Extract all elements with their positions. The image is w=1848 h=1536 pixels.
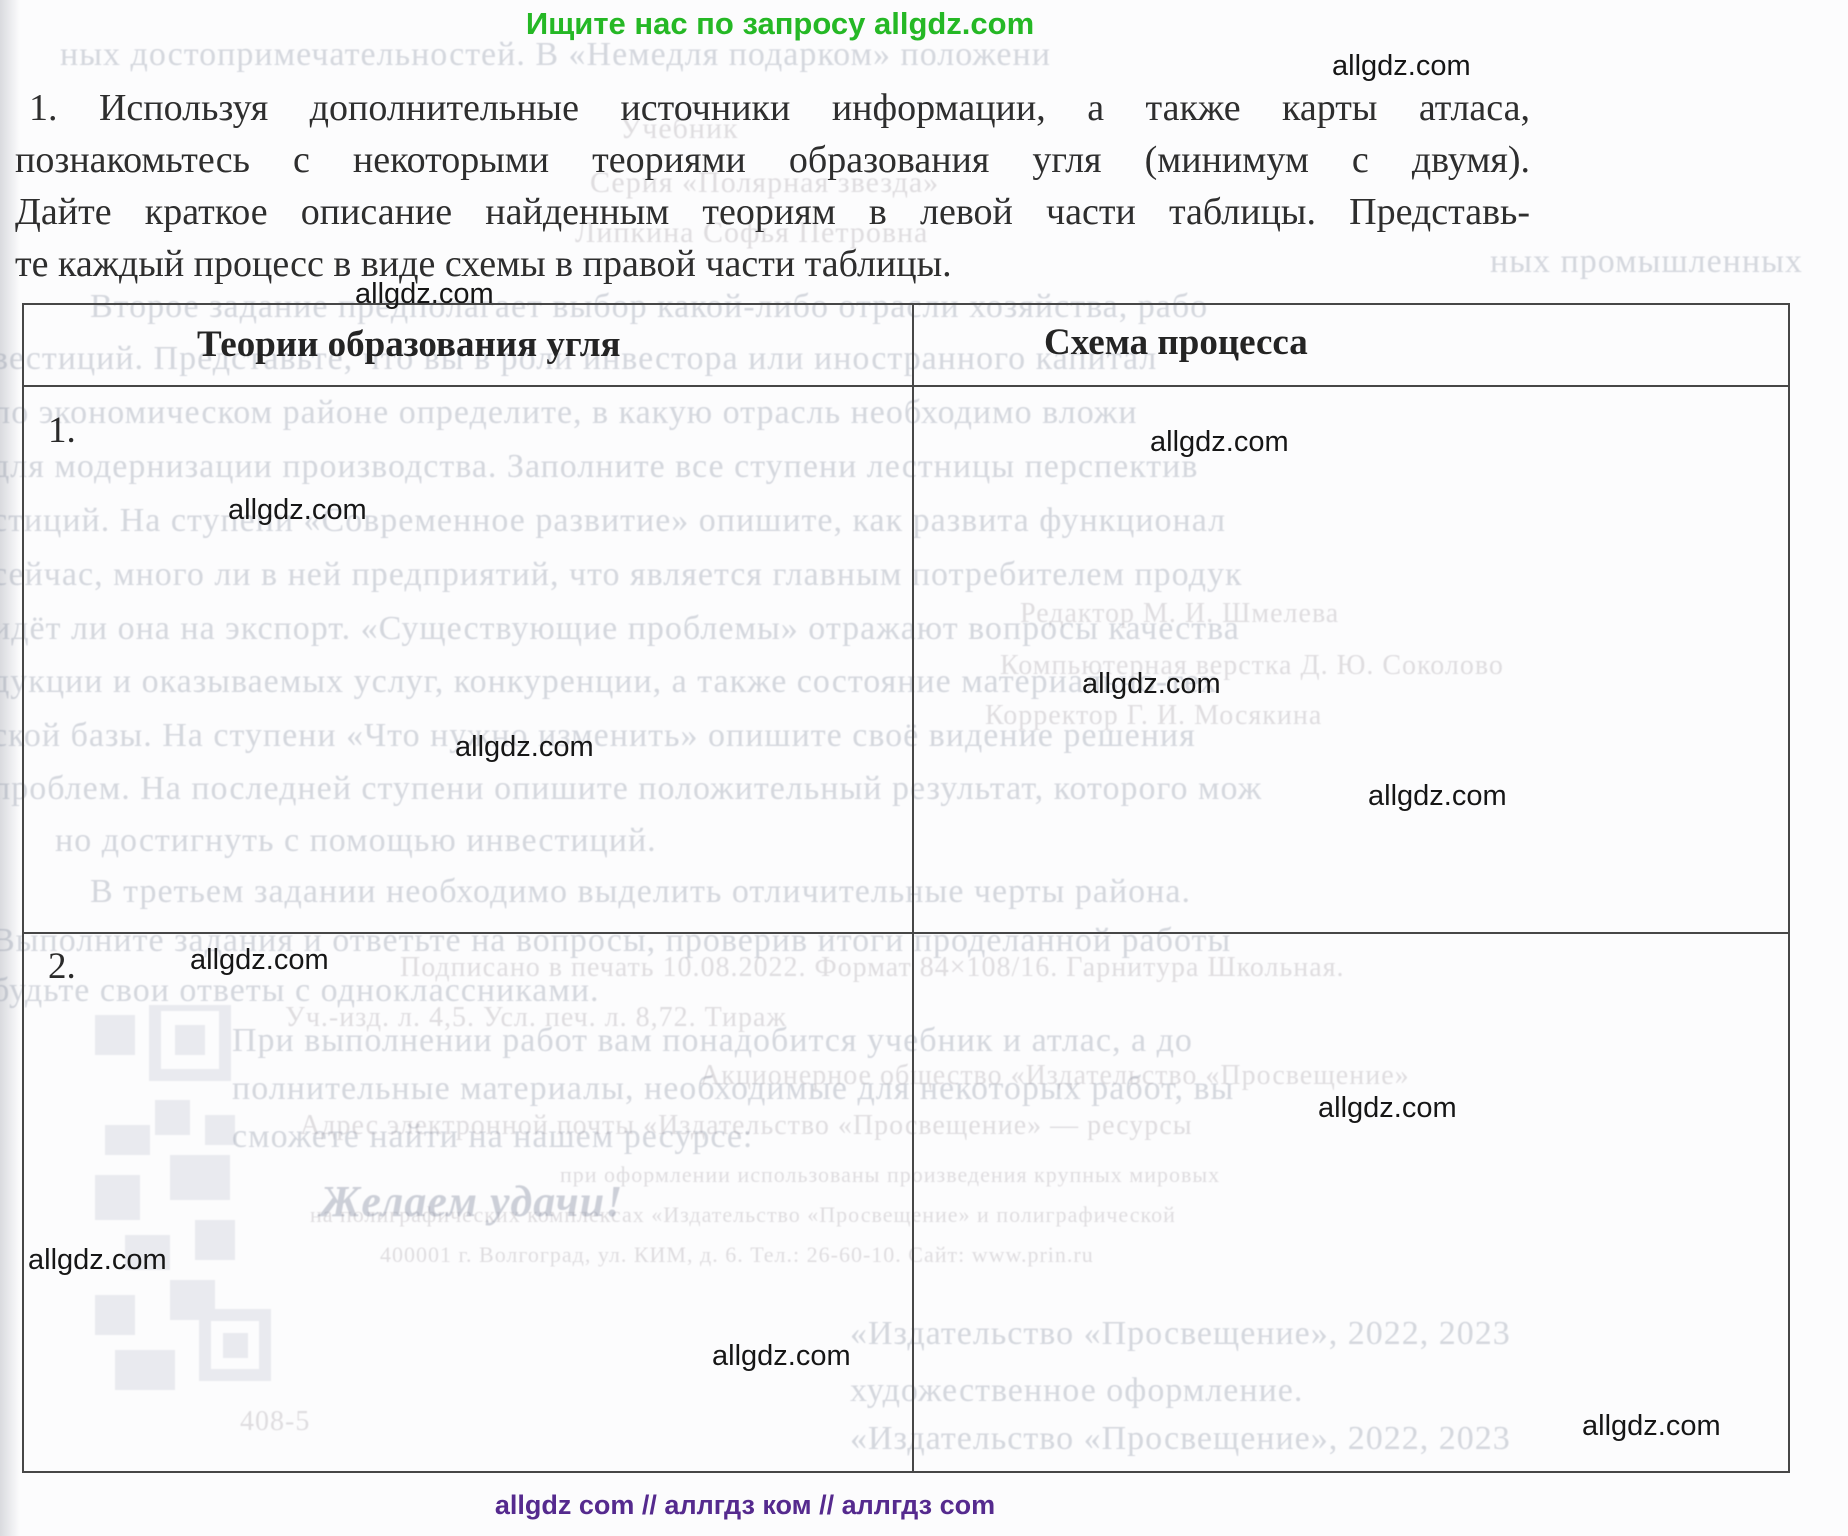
watermark-allgdz: allgdz.com bbox=[28, 1244, 167, 1277]
table-row-divider bbox=[24, 932, 1788, 934]
watermark-allgdz: allgdz.com bbox=[1082, 668, 1221, 701]
watermark-allgdz: allgdz.com bbox=[1582, 1410, 1721, 1443]
watermark-allgdz: allgdz.com bbox=[190, 944, 329, 977]
task-text: 1. Используя дополнительные источники ин… bbox=[15, 82, 1530, 290]
answers-table: Теории образования угля Схема процесса 1… bbox=[22, 303, 1790, 1473]
watermark-allgdz: allgdz.com bbox=[1318, 1092, 1457, 1125]
watermark-allgdz: allgdz.com bbox=[1332, 50, 1471, 83]
task-line-4: те каждый процесс в виде схемы в правой … bbox=[15, 238, 1530, 290]
task-line-2: познакомьтесь с некоторыми теориями обра… bbox=[15, 134, 1530, 186]
watermark-allgdz: allgdz.com bbox=[455, 731, 594, 764]
table-column-divider bbox=[912, 305, 914, 1471]
watermark-allgdz: allgdz.com bbox=[1150, 426, 1289, 459]
table-header-theories: Теории образования угля bbox=[197, 323, 621, 366]
table-header-divider bbox=[24, 385, 1788, 387]
row-2-number: 2. bbox=[48, 945, 76, 988]
task-line-1: 1. Используя дополнительные источники ин… bbox=[15, 82, 1530, 134]
watermark-allgdz: allgdz.com bbox=[355, 278, 494, 311]
ghost-text-line: ных промышленных bbox=[1490, 243, 1803, 281]
table-header-scheme: Схема процесса bbox=[1044, 321, 1308, 364]
footer-promo-text: allgdz com // аллгдз ком // аллгдз com bbox=[0, 1490, 1490, 1521]
watermark-allgdz: allgdz.com bbox=[712, 1340, 851, 1373]
watermark-allgdz: allgdz.com bbox=[1368, 780, 1507, 813]
promo-search-text: Ищите нас по запросу allgdz.com bbox=[0, 6, 1560, 42]
row-1-number: 1. bbox=[48, 409, 76, 452]
watermark-allgdz: allgdz.com bbox=[228, 494, 367, 527]
task-line-3: Дайте краткое описание найденным теориям… bbox=[15, 186, 1530, 238]
